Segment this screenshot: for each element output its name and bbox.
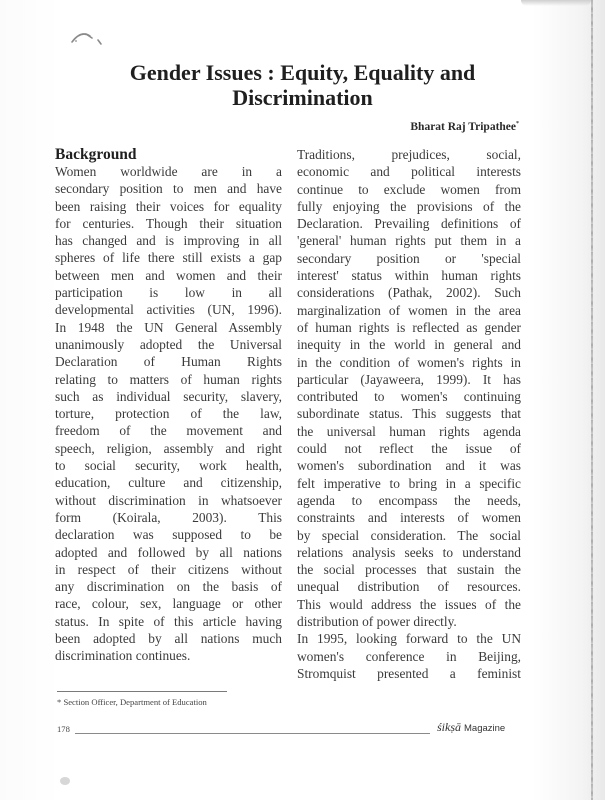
- text-line: adopted and followed by all nations: [55, 544, 282, 561]
- text-line: of human rights is reflected as gender: [297, 319, 521, 336]
- text-line: secondary position or 'special: [297, 250, 521, 267]
- page-top-shadow: [521, 0, 591, 6]
- text-line: Stromquist presented a feminist: [297, 665, 521, 682]
- text-line: such as individual security, slavery,: [55, 388, 282, 405]
- left-column-body: Women worldwide are in asecondary positi…: [55, 163, 282, 665]
- author-footnote-mark: *: [516, 121, 519, 127]
- text-line: been raising their voices for equality: [55, 198, 282, 215]
- magazine-brand: śikṣā: [437, 720, 461, 734]
- text-line: In 1948 the UN General Assembly: [55, 319, 282, 336]
- text-line: in respect of their citizens without: [55, 561, 282, 578]
- text-line: education, culture and citizenship,: [55, 474, 282, 491]
- text-line: discrimination continues.: [55, 647, 282, 664]
- text-line: This would address the issues of the: [297, 596, 521, 613]
- right-column-body: Traditions, prejudices, social,economic …: [297, 146, 521, 682]
- text-line: contributed to women's continuing: [297, 388, 521, 405]
- text-line: status. In spite of this article having: [55, 613, 282, 630]
- text-line: economic and political interests: [297, 163, 521, 180]
- section-heading-background: Background: [55, 146, 282, 163]
- text-line: spheres of life there still exists a gap: [55, 249, 282, 266]
- page-binding-edge: [591, 0, 593, 800]
- text-line: race, colour, sex, language or other: [55, 595, 282, 612]
- text-line: inequity in the world in general and: [297, 336, 521, 353]
- text-line: distribution of power directly.: [297, 613, 521, 630]
- text-line: women's subordination and it was: [297, 457, 521, 474]
- text-line: to social security, work health,: [55, 457, 282, 474]
- author-name: Bharat Raj Tripathee: [410, 121, 516, 133]
- text-line: between men and women and their: [55, 267, 282, 284]
- article-title: Gender Issues : Equity, Equality and Dis…: [60, 60, 545, 110]
- text-line: could not reflect the issue of: [297, 440, 521, 457]
- text-line: considerations (Pathak, 2002). Such: [297, 284, 521, 301]
- footer-divider: [75, 733, 430, 734]
- page-number: 178: [57, 724, 70, 734]
- text-line: unequal distribution of resources.: [297, 578, 521, 595]
- page-footer: 178 śikṣāMagazine: [57, 722, 522, 736]
- text-line: continue to exclude women from: [297, 181, 521, 198]
- text-line: in the condition of women's rights in: [297, 354, 521, 371]
- text-line: particular (Jayaweera, 1999). It has: [297, 371, 521, 388]
- text-line: Women worldwide are in a: [55, 163, 282, 180]
- text-line: felt imperative to bring in a specific: [297, 475, 521, 492]
- text-line: participation is low in all: [55, 284, 282, 301]
- text-line: developmental activities (UN, 1996).: [55, 301, 282, 318]
- magazine-suffix: Magazine: [464, 723, 505, 734]
- text-line: the universal human rights agenda: [297, 423, 521, 440]
- text-line: freedom of the movement and: [55, 422, 282, 439]
- magazine-name: śikṣāMagazine: [437, 720, 505, 735]
- scan-smudge-dot: [60, 777, 70, 785]
- text-line: women's conference in Beijing,: [297, 648, 521, 665]
- text-line: declaration was supposed to be: [55, 526, 282, 543]
- text-line: the social processes that sustain the: [297, 561, 521, 578]
- text-line: Declaration. Prevailing definitions of: [297, 215, 521, 232]
- text-line: by special consideration. The social: [297, 527, 521, 544]
- text-line: secondary position to men and have: [55, 180, 282, 197]
- text-line: has changed and is improving in all: [55, 232, 282, 249]
- scan-smudge-mark: [68, 28, 108, 50]
- text-line: unanimously adopted the Universal: [55, 336, 282, 353]
- text-line: Declaration of Human Rights: [55, 353, 282, 370]
- text-line: subordinate status. This suggests that: [297, 405, 521, 422]
- text-line: marginalization of women in the area: [297, 302, 521, 319]
- text-line: constraints and interests of women: [297, 509, 521, 526]
- text-line: relations analysis seeks to understand: [297, 544, 521, 561]
- text-line: without discrimination in whatsoever: [55, 492, 282, 509]
- text-line: any discrimination on the basis of: [55, 578, 282, 595]
- text-line: 'general' human rights put them in a: [297, 232, 521, 249]
- text-line: torture, protection of the law,: [55, 405, 282, 422]
- text-line: been adopted by all nations much: [55, 630, 282, 647]
- left-column: Background Women worldwide are in asecon…: [55, 146, 282, 665]
- footnote: * Section Officer, Department of Educati…: [57, 697, 207, 707]
- author-byline: Bharat Raj Tripathee*: [410, 121, 519, 133]
- article-title-line-1: Gender Issues : Equity, Equality and: [60, 60, 545, 85]
- footnote-divider: [57, 691, 227, 692]
- text-line: for centuries. Though their situation: [55, 215, 282, 232]
- text-line: interest' status within human rights: [297, 267, 521, 284]
- right-column: Traditions, prejudices, social,economic …: [297, 146, 521, 682]
- text-line: relating to matters of human rights: [55, 371, 282, 388]
- text-line: In 1995, looking forward to the UN: [297, 630, 521, 647]
- text-line: form (Koirala, 2003). This: [55, 509, 282, 526]
- text-line: speech, religion, assembly and right: [55, 440, 282, 457]
- text-line: Traditions, prejudices, social,: [297, 146, 521, 163]
- text-line: fully enjoying the provisions of the: [297, 198, 521, 215]
- text-line: agenda to encompass the needs,: [297, 492, 521, 509]
- article-title-line-2: Discrimination: [60, 85, 545, 110]
